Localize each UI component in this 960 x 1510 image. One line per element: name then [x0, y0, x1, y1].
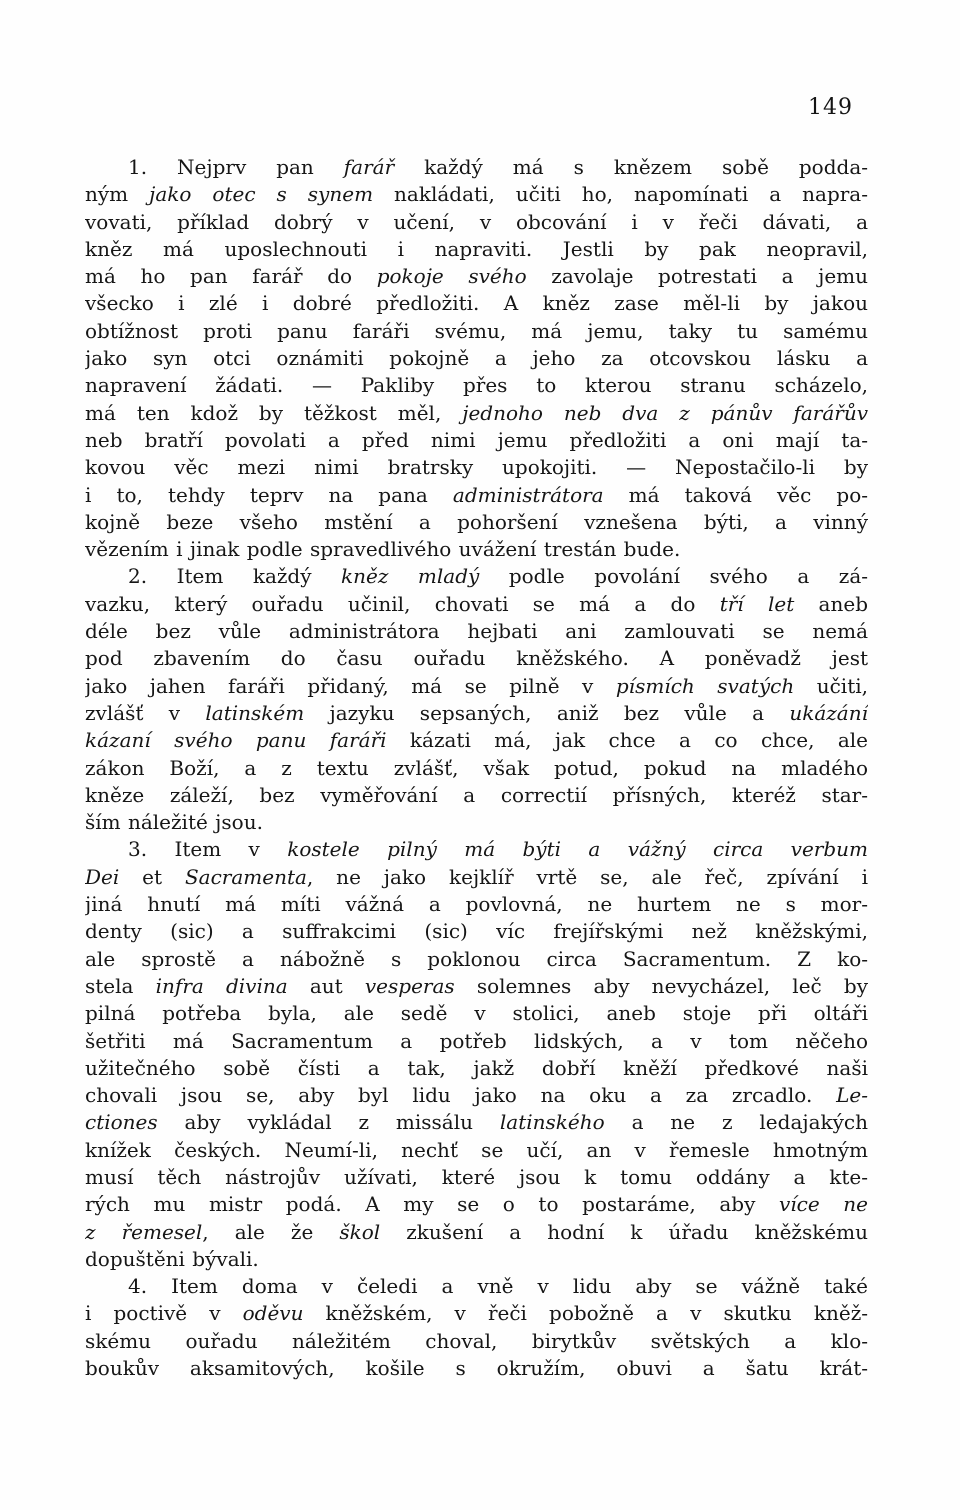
text-line: i to, tehdy teprv na pana administrátora…	[85, 482, 868, 509]
text-run: má taková věc po-	[604, 483, 868, 507]
text-line: zákon Boží, a z textu zvlášť, však potud…	[85, 755, 868, 782]
text-run: et	[119, 865, 185, 889]
text-run: jiná hnutí má míti vážná a povlovná, ne …	[85, 892, 868, 916]
text-line: stela infra divina aut vesperas solemnes…	[85, 973, 868, 1000]
text-run: jazyku sepsaných, aniž bez vůle a	[304, 701, 789, 725]
text-line: pilná potřeba byla, ale sedě v stolici, …	[85, 1000, 868, 1027]
text-run: nakládati, učiti ho, napomínati a napra-	[373, 182, 868, 206]
text-line: neb bratří povolati a před nimi jemu pře…	[85, 427, 868, 454]
italic-text-run: kostele pilný má býti a vážný circa verb…	[287, 837, 868, 861]
text-line: kojně beze všeho mstění a pohoršení vzne…	[85, 509, 868, 536]
italic-text-run: infra divina	[156, 974, 288, 998]
text-line: knížek českých. Neumí-li, nechť se učí, …	[85, 1137, 868, 1164]
text-run: déle bez vůle administrátora hejbati ani…	[85, 619, 868, 643]
italic-text-run: jako otec s synem	[149, 182, 373, 206]
text-line: chovali jsou se, aby byl lidu jako na ok…	[85, 1082, 868, 1109]
text-line: 2. Item každý kněz mladý podle povolání …	[85, 563, 868, 590]
text-run: 4. Item doma v čeledi a vně v lidu aby s…	[128, 1274, 868, 1298]
italic-text-run: pokoje svého	[377, 264, 527, 288]
text-run: má ten kdož by těžkost měl,	[85, 401, 462, 425]
text-run: všecko i zlé i dobré předložiti. A kněz …	[85, 291, 868, 315]
text-run: , ne jako kejklíř vrtě se, ale řeč, zpív…	[307, 865, 868, 889]
text-run: aut	[288, 974, 365, 998]
text-run: kněz má uposlechnouti i napraviti. Jestl…	[85, 237, 868, 261]
text-line: dopuštěni bývali.	[85, 1246, 868, 1273]
text-run: rých mu mistr podá. A my se o to postará…	[85, 1192, 779, 1216]
text-line: skému ouřadu náležitém choval, birytkův …	[85, 1328, 868, 1355]
text-line: vazku, který ouřadu učinil, chovati se m…	[85, 591, 868, 618]
text-run: chovali jsou se, aby byl lidu jako na ok…	[85, 1083, 836, 1107]
text-run: obtížnost proti panu faráři svému, má je…	[85, 319, 868, 343]
text-line: ším náležité jsou.	[85, 809, 868, 836]
text-run: jako syn otci oznámiti pokojně a jeho za…	[85, 346, 868, 370]
text-run: pilná potřeba byla, ale sedě v stolici, …	[85, 1001, 868, 1025]
italic-text-run: ctiones	[85, 1110, 158, 1134]
text-line: boukův aksamitových, košile s okružím, o…	[85, 1355, 868, 1382]
text-run: , ale že	[202, 1220, 339, 1244]
text-line: ctiones aby vykládal z missálu latinskéh…	[85, 1109, 868, 1136]
text-line: kázaní svého panu faráři kázati má, jak …	[85, 727, 868, 754]
text-run: má ho pan farář do	[85, 264, 377, 288]
italic-text-run: farář	[344, 155, 394, 179]
text-line: denty (sic) a suffrakcimi (sic) víc frej…	[85, 918, 868, 945]
italic-text-run: Dei	[85, 865, 119, 889]
book-page: 149 1. Nejprv pan farář každý má s kněze…	[0, 0, 960, 1510]
text-run: pod zbavením do času ouřadu kněžského. A…	[85, 646, 868, 670]
italic-text-run: latinském	[205, 701, 304, 725]
italic-text-run: Le-	[836, 1083, 868, 1107]
italic-text-run: administrátora	[453, 483, 604, 507]
text-run: kázati má, jak chce a co chce, ale	[387, 728, 868, 752]
text-run: solemnes aby nevycházel, leč by	[455, 974, 868, 998]
text-run: kovou věc mezi nimi bratrsky upokojiti. …	[85, 455, 868, 479]
italic-text-run: kněz mladý	[341, 564, 479, 588]
text-run: vovati, příklad dobrý v učení, v obcován…	[85, 210, 868, 234]
text-run: i to, tehdy teprv na pana	[85, 483, 453, 507]
text-run: boukův aksamitových, košile s okružím, o…	[85, 1356, 868, 1380]
text-run: každý má s knězem sobě podda-	[394, 155, 868, 179]
text-line: jiná hnutí má míti vážná a povlovná, ne …	[85, 891, 868, 918]
text-line: z řemesel, ale že škol zkušení a hodní k…	[85, 1219, 868, 1246]
text-line: všecko i zlé i dobré předložiti. A kněz …	[85, 290, 868, 317]
italic-text-run: Sacramenta	[185, 865, 307, 889]
text-run: jako jahen faráři přidaný, má se pilně v	[85, 674, 616, 698]
text-line: má ten kdož by těžkost měl, jednoho neb …	[85, 400, 868, 427]
text-run: denty (sic) a suffrakcimi (sic) víc frej…	[85, 919, 868, 943]
text-line: ným jako otec s synem nakládati, učiti h…	[85, 181, 868, 208]
text-run: vazku, který ouřadu učinil, chovati se m…	[85, 592, 720, 616]
text-run: šetřiti má Sacramentum a potřeb lidských…	[85, 1029, 868, 1053]
text-run: musí těch nástrojův užívati, které jsou …	[85, 1165, 868, 1189]
text-line: obtížnost proti panu faráři svému, má je…	[85, 318, 868, 345]
italic-text-run: jednoho neb dva z pánův farářův	[462, 401, 868, 425]
text-run: kojně beze všeho mstění a pohoršení vzne…	[85, 510, 868, 534]
italic-text-run: vesperas	[365, 974, 455, 998]
italic-text-run: ukázání	[789, 701, 868, 725]
text-run: ným	[85, 182, 149, 206]
italic-text-run: škol	[339, 1220, 380, 1244]
text-run: aneb	[794, 592, 868, 616]
text-run: učiti,	[794, 674, 868, 698]
text-line: vězením i jinak podle spravedlivého uváž…	[85, 536, 868, 563]
text-run: knížek českých. Neumí-li, nechť se učí, …	[85, 1138, 868, 1162]
italic-text-run: z řemesel	[85, 1220, 202, 1244]
text-line: jako syn otci oznámiti pokojně a jeho za…	[85, 345, 868, 372]
text-run: ším náležité jsou.	[85, 810, 263, 834]
text-run: vězením i jinak podle spravedlivého uváž…	[85, 537, 680, 561]
text-line: 3. Item v kostele pilný má býti a vážný …	[85, 836, 868, 863]
text-line: zvlášť v latinském jazyku sepsaných, ani…	[85, 700, 868, 727]
text-line: kněz má uposlechnouti i napraviti. Jestl…	[85, 236, 868, 263]
text-run: i poctivě v	[85, 1301, 243, 1325]
text-run: aby vykládal z missálu	[158, 1110, 500, 1134]
text-run: užitečného sobě čísti a tak, jakž dobří …	[85, 1056, 868, 1080]
text-run: skému ouřadu náležitém choval, birytkův …	[85, 1329, 868, 1353]
text-line: rých mu mistr podá. A my se o to postará…	[85, 1191, 868, 1218]
text-line: Dei et Sacramenta, ne jako kejklíř vrtě …	[85, 864, 868, 891]
text-line: ale sprostě a nábožně s poklonou circa S…	[85, 946, 868, 973]
text-line: kovou věc mezi nimi bratrsky upokojiti. …	[85, 454, 868, 481]
text-run: kněžském, v řeči pobožně a v skutku kněž…	[303, 1301, 868, 1325]
text-run: kněze záleží, bez vyměřování a correctií…	[85, 783, 868, 807]
text-run: zavolaje potrestati a jemu	[527, 264, 868, 288]
text-line: pod zbavením do času ouřadu kněžského. A…	[85, 645, 868, 672]
text-line: užitečného sobě čísti a tak, jakž dobří …	[85, 1055, 868, 1082]
text-run: neb bratří povolati a před nimi jemu pře…	[85, 428, 868, 452]
text-line: kněze záleží, bez vyměřování a correctií…	[85, 782, 868, 809]
text-line: musí těch nástrojův užívati, které jsou …	[85, 1164, 868, 1191]
text-line: vovati, příklad dobrý v učení, v obcován…	[85, 209, 868, 236]
text-run: stela	[85, 974, 156, 998]
text-line: má ho pan farář do pokoje svého zavolaje…	[85, 263, 868, 290]
text-line: napravení žádati. — Pakliby přes to kter…	[85, 372, 868, 399]
text-line: 4. Item doma v čeledi a vně v lidu aby s…	[85, 1273, 868, 1300]
text-run: a ne z ledajakých	[605, 1110, 868, 1134]
italic-text-run: písmích svatých	[616, 674, 794, 698]
text-run: 1. Nejprv pan	[128, 155, 344, 179]
text-line: 1. Nejprv pan farář každý má s knězem so…	[85, 154, 868, 181]
italic-text-run: latinského	[500, 1110, 605, 1134]
italic-text-run: kázaní svého panu faráři	[85, 728, 387, 752]
italic-text-run: více ne	[779, 1192, 868, 1216]
page-number: 149	[85, 95, 853, 120]
text-line: jako jahen faráři přidaný, má se pilně v…	[85, 673, 868, 700]
text-run: podle povolání svého a zá-	[479, 564, 868, 588]
text-line: déle bez vůle administrátora hejbati ani…	[85, 618, 868, 645]
text-line: šetřiti má Sacramentum a potřeb lidských…	[85, 1028, 868, 1055]
text-run: napravení žádati. — Pakliby přes to kter…	[85, 373, 868, 397]
text-run: zvlášť v	[85, 701, 205, 725]
text-line: i poctivě v oděvu kněžském, v řeči pobož…	[85, 1300, 868, 1327]
text-run: 2. Item každý	[128, 564, 341, 588]
italic-text-run: oděvu	[243, 1301, 304, 1325]
text-run: dopuštěni bývali.	[85, 1247, 259, 1271]
text-block: 1. Nejprv pan farář každý má s knězem so…	[85, 154, 868, 1382]
text-run: ale sprostě a nábožně s poklonou circa S…	[85, 947, 868, 971]
text-run: 3. Item v	[128, 837, 287, 861]
italic-text-run: tří let	[720, 592, 795, 616]
text-run: zkušení a hodní k úřadu kněžskému	[380, 1220, 868, 1244]
text-run: zákon Boží, a z textu zvlášť, však potud…	[85, 756, 868, 780]
